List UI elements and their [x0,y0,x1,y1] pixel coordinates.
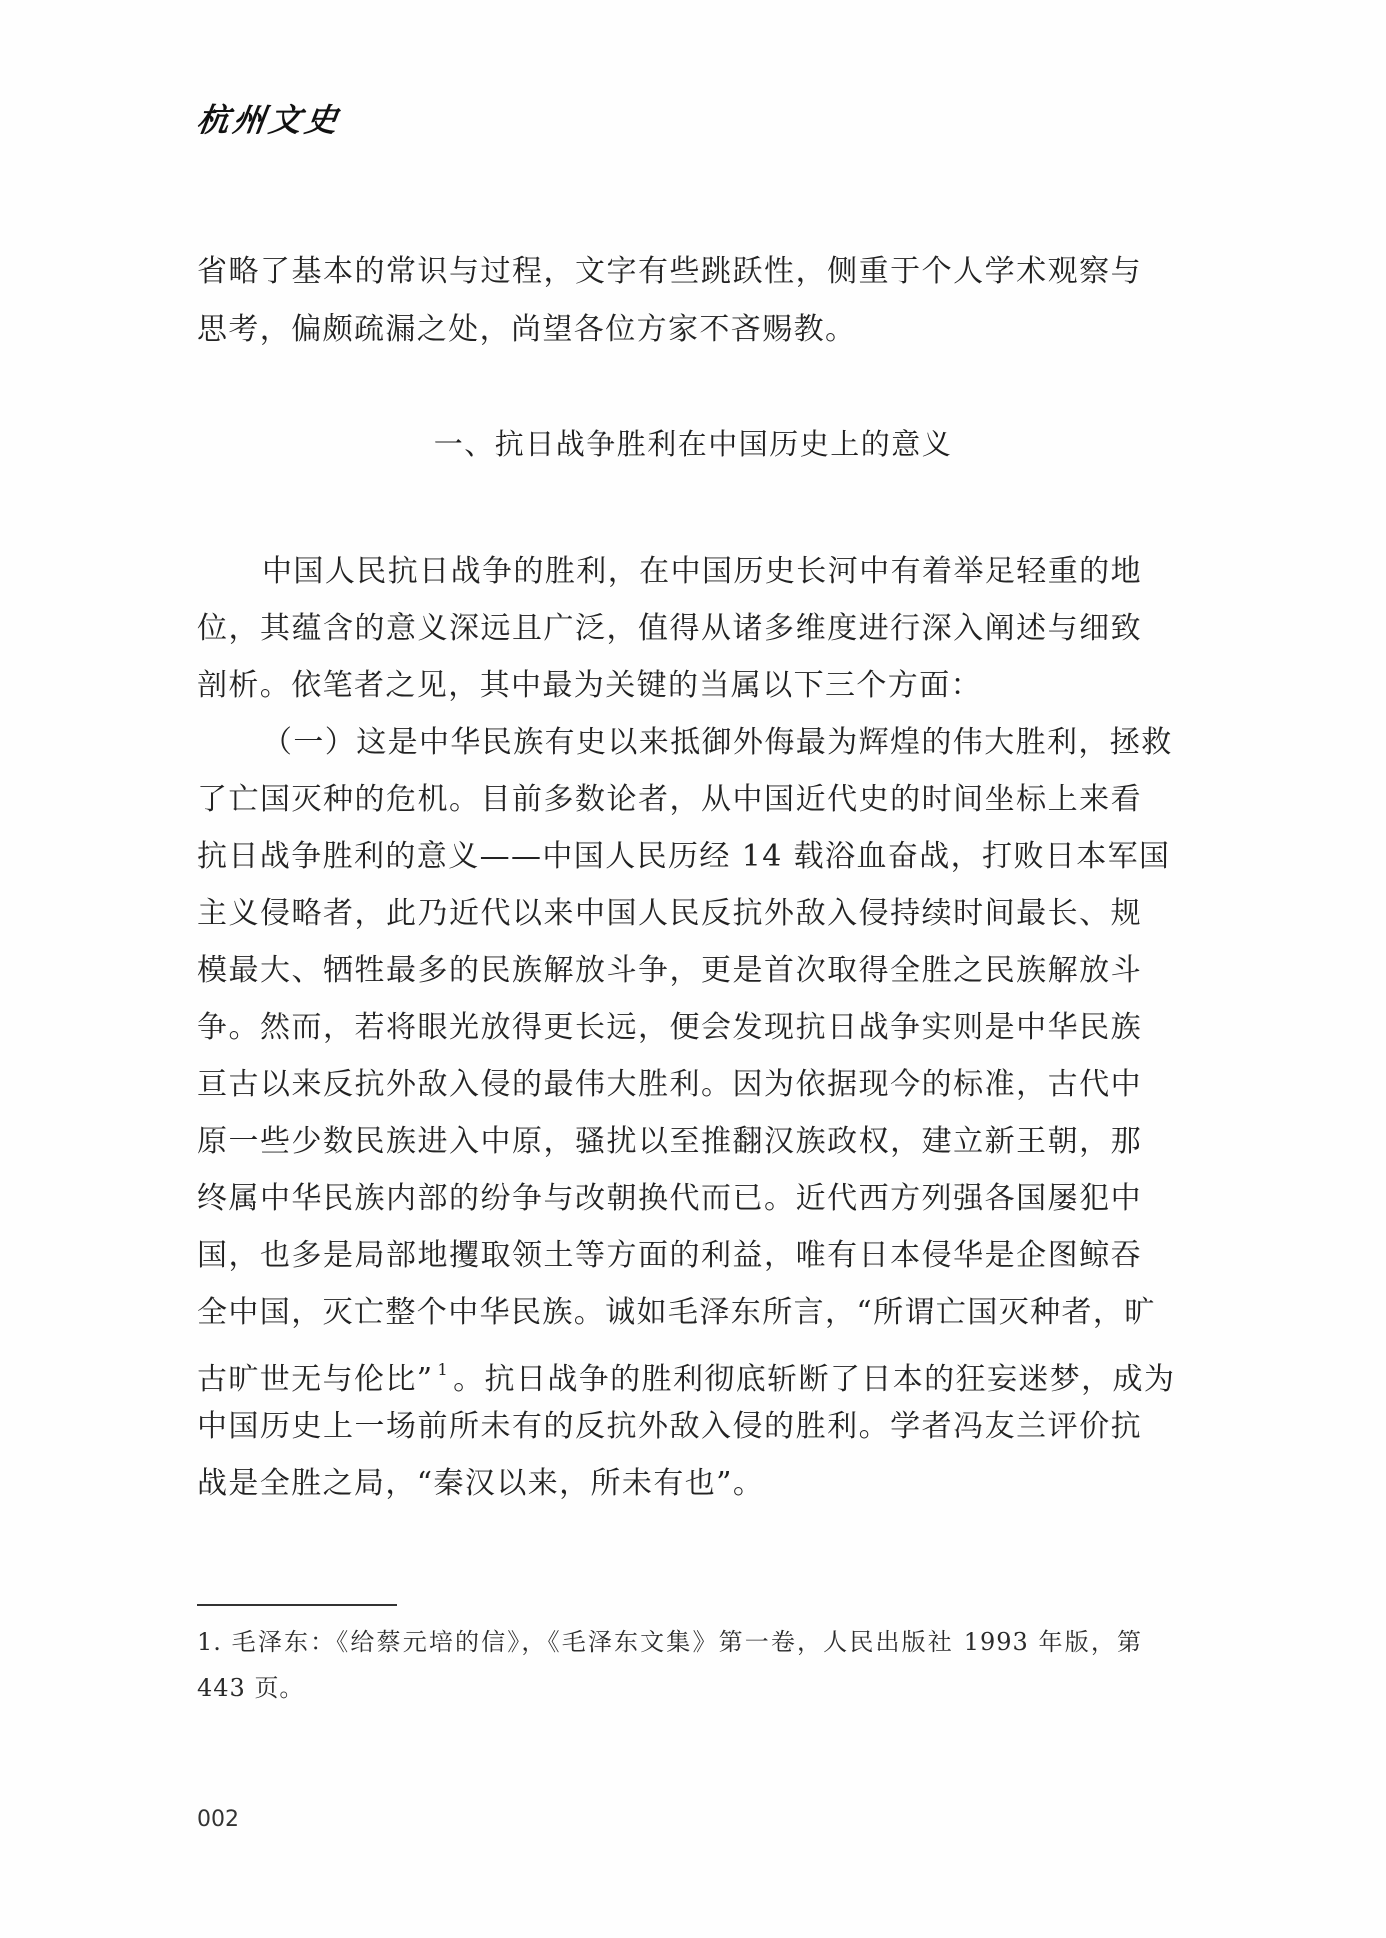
paragraph-line: 原一些少数民族进入中原，骚扰以至推翻汉族政权，建立新王朝，那 [197,1122,1142,1162]
paragraph-line: 抗日战争胜利的意义——中国人民历经 14 载浴血奋战，打败日本军国 [197,837,1142,877]
running-head: 杭州文史 [194,100,344,140]
paragraph-line: 中国人民抗日战争的胜利，在中国历史长河中有着举足轻重的地 [262,552,1142,592]
paragraph-line: 亘古以来反抗外敌入侵的最伟大胜利。因为依据现今的标准，古代中 [197,1065,1142,1105]
intro-line: 思考，偏颇疏漏之处，尚望各位方家不吝赐教。 [197,310,1142,350]
intro-line: 省略了基本的常识与过程，文字有些跳跃性，侧重于个人学术观察与 [197,252,1142,292]
paragraph-line: 主义侵略者，此乃近代以来中国人民反抗外敌入侵持续时间最长、规 [197,894,1142,934]
paragraph-line: （一）这是中华民族有史以来抵御外侮最为辉煌的伟大胜利，拯救 [262,723,1142,763]
continuation-text: 。抗日战争的胜利彻底斩断了日本的狂妄迷梦，成为 [453,1362,1175,1397]
paragraph-line: 国，也多是局部地攫取领土等方面的利益，唯有日本侵华是企图鲸吞 [197,1236,1142,1276]
footnote-divider [197,1604,397,1606]
paragraph-line: 中国历史上一场前所未有的反抗外敌入侵的胜利。学者冯友兰评价抗 [197,1407,1142,1447]
paragraph-line: 剖析。依笔者之见，其中最为关键的当属以下三个方面： [197,666,1142,706]
paragraph-line: 终属中华民族内部的纷争与改朝换代而已。近代西方列强各国屡犯中 [197,1179,1142,1219]
footnote-line: 443 页。 [197,1672,1142,1704]
footnote-line: 1. 毛泽东：《给蔡元培的信》，《毛泽东文集》第一卷，人民出版社 1993 年版… [197,1626,1142,1658]
section-heading: 一、抗日战争胜利在中国历史上的意义 [0,424,1386,464]
page-number: 002 [197,1806,239,1834]
paragraph-line: 位，其蕴含的意义深远且广泛，值得从诸多维度进行深入阐述与细致 [197,609,1142,649]
paragraph-line: 全中国，灭亡整个中华民族。诚如毛泽东所言，“所谓亡国灭种者，旷 [197,1293,1142,1333]
paragraph-line: 争。然而，若将眼光放得更长远，便会发现抗日战争实则是中华民族 [197,1008,1142,1048]
paragraph-line: 战是全胜之局，“秦汉以来，所未有也”。 [197,1464,1142,1504]
footnote-reference[interactable]: 1 [438,1360,450,1379]
paragraph-line: 模最大、牺牲最多的民族解放斗争，更是首次取得全胜之民族解放斗 [197,951,1142,991]
paragraph-line-with-footnote: 古旷世无与伦比”1。抗日战争的胜利彻底斩断了日本的狂妄迷梦，成为 [197,1350,1142,1400]
book-page: 杭州文史 省略了基本的常识与过程，文字有些跳跃性，侧重于个人学术观察与 思考，偏… [0,0,1386,1938]
quote-text: 古旷世无与伦比” [197,1362,434,1397]
paragraph-line: 了亡国灭种的危机。目前多数论者，从中国近代史的时间坐标上来看 [197,780,1142,820]
